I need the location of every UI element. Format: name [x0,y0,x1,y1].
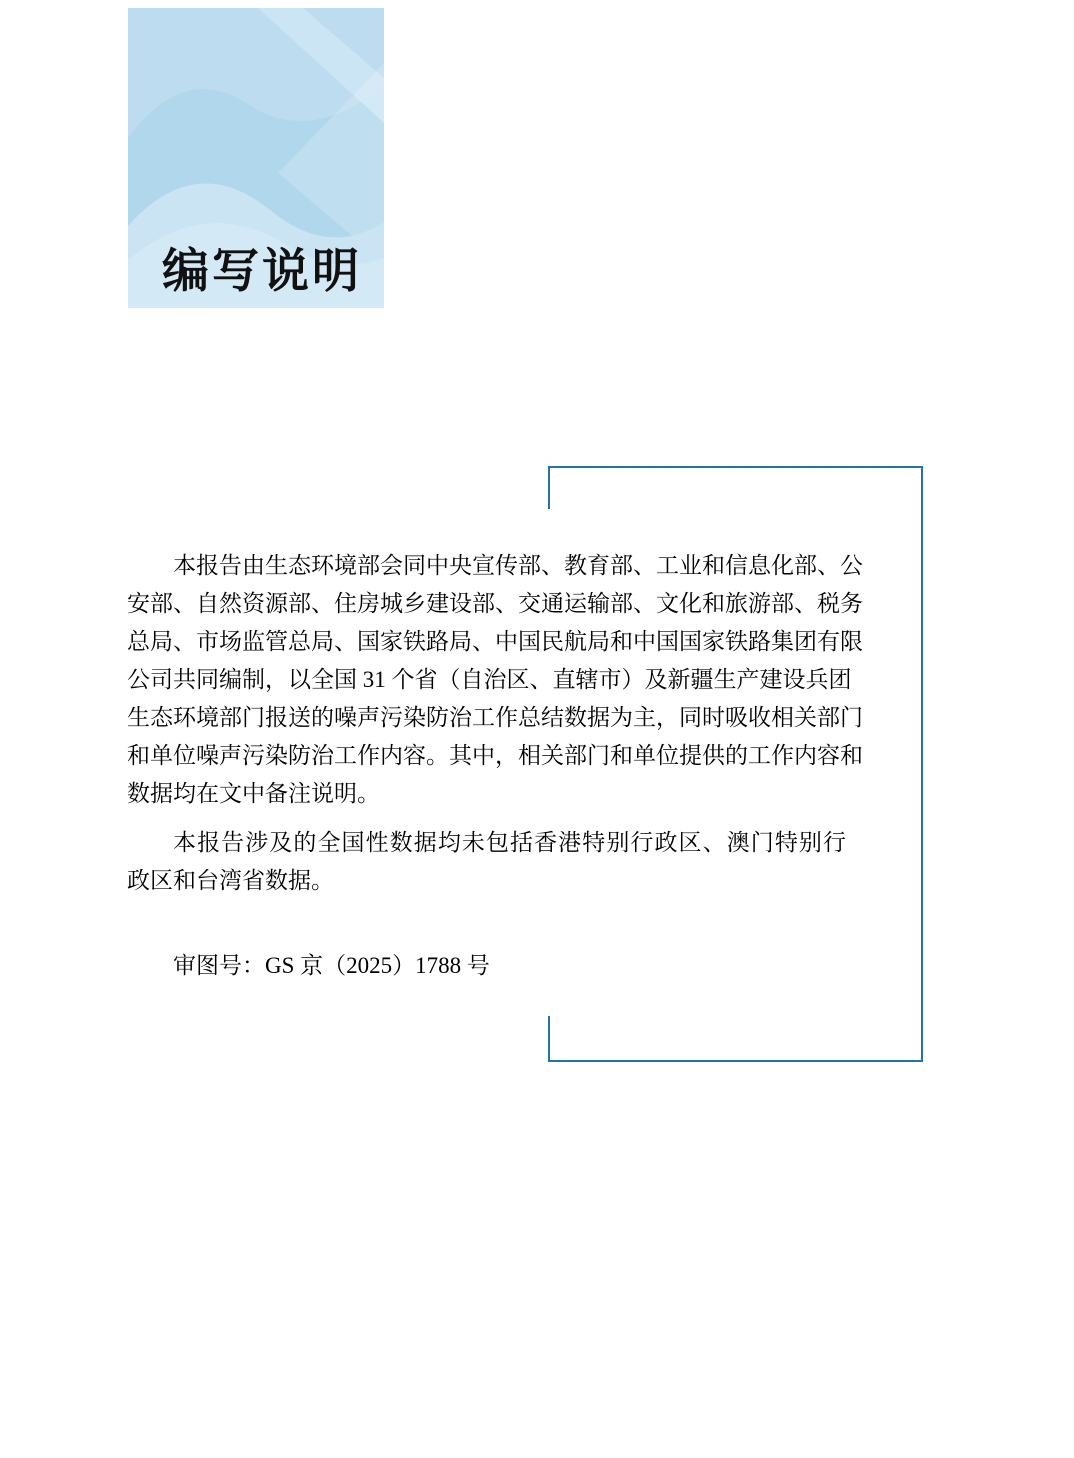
text-line: 本报告涉及的全国性数据均未包括香港特别行政区、澳门特别行 [127,824,846,862]
text-line: 数据均在文中备注说明。 [127,775,846,813]
text-line: 和单位噪声污染防治工作内容。其中，相关部门和单位提供的工作内容和 [127,737,846,775]
frame-left-border-bottom-segment [548,1016,550,1060]
paragraph-2: 本报告涉及的全国性数据均未包括香港特别行政区、澳门特别行 政区和台湾省数据。 [127,824,846,900]
text-line: 安部、自然资源部、住房城乡建设部、交通运输部、文化和旅游部、税务 [127,585,846,623]
frame-left-border-top-segment [548,468,550,509]
paragraph-1: 本报告由生态环境部会同中央宣传部、教育部、工业和信息化部、公 安部、自然资源部、… [127,547,846,813]
map-approval-number: 审图号：GS 京（2025）1788 号 [127,947,846,985]
chapter-title: 编写说明 [162,247,362,294]
text-line: 生态环境部门报送的噪声污染防治工作总结数据为主，同时吸收相关部门 [127,699,846,737]
text-line: 本报告由生态环境部会同中央宣传部、教育部、工业和信息化部、公 [127,547,846,585]
body-text-block: 本报告由生态环境部会同中央宣传部、教育部、工业和信息化部、公 安部、自然资源部、… [127,547,846,985]
text-line: 政区和台湾省数据。 [127,862,846,900]
text-line: 总局、市场监管总局、国家铁路局、中国民航局和中国国家铁路集团有限 [127,623,846,661]
chapter-header-box: 编写说明 [128,8,384,308]
text-line: 公司共同编制，以全国 31 个省（自治区、直辖市）及新疆生产建设兵团 [127,661,846,699]
